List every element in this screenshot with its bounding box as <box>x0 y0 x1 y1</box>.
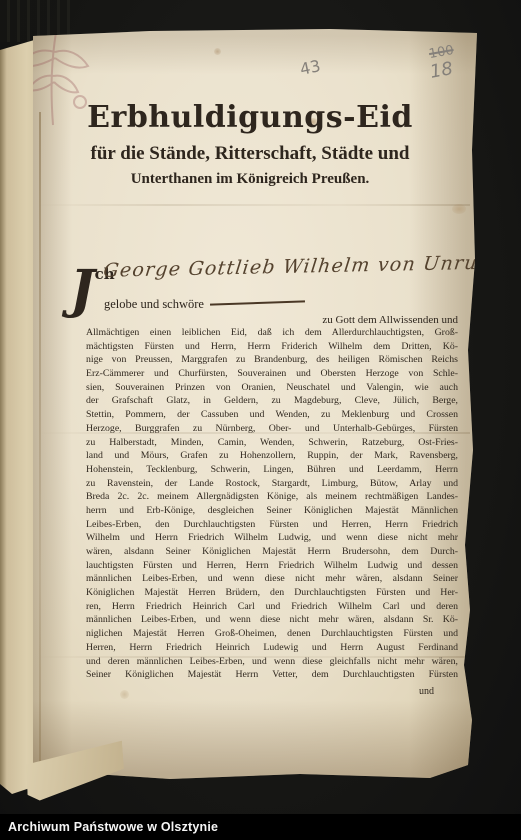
archive-caption-bar: Archiwum Państwowe w Olsztynie <box>0 814 521 840</box>
vow-line: gelobe und schwöre <box>104 297 305 312</box>
scanned-document-viewer: 43 100 18 Erbhuldigungs-Eid für die Stän… <box>0 0 521 840</box>
body-text-line: Herren, Herrn Friedrich Heinrich Ludewig… <box>86 641 458 655</box>
body-text-line: männlichen Leibes-Erben, und wenn diese … <box>86 572 458 586</box>
archive-name-label: Archiwum Państwowe w Olsztynie <box>8 814 521 840</box>
body-text-line: Hohenstein, Tecklenburg, Schwerin, Linge… <box>86 463 458 477</box>
body-text-line: Breda 2c. 2c. meinem Allergnädigsten Kön… <box>86 490 458 504</box>
body-text-line: männlichen Leibes-Erben, und wenn diese … <box>86 613 458 627</box>
document-title: Erbhuldigungs-Eid <box>50 100 450 135</box>
document-page: 43 100 18 Erbhuldigungs-Eid für die Stän… <box>0 0 521 840</box>
body-text-line: zu Halberstadt, Minden, Camin, Wenden, S… <box>86 436 458 450</box>
document-title-block: Erbhuldigungs-Eid für die Stände, Ritter… <box>50 100 450 188</box>
body-text-line: niglichen Majestät Herren Groß-Oheimen, … <box>86 627 458 641</box>
body-text-line: herrn und Erb-Könige, desgleichen Seiner… <box>86 504 458 518</box>
drop-cap-letter: J <box>70 259 95 320</box>
body-text-line: zu Ravenstein, der Lande Rostock, Starga… <box>86 477 458 491</box>
body-text-line: nige von Preussen, Marggrafen zu Branden… <box>86 353 458 367</box>
foxing-spot <box>452 204 466 214</box>
document-subtitle-line1: für die Stände, Ritterschaft, Städte und <box>50 143 450 165</box>
body-text-line: Erz-Cämmerer und Churfürsten, Souveraine… <box>86 367 458 381</box>
horizontal-crease <box>36 204 470 206</box>
catchword: und <box>86 686 434 697</box>
body-text-line: wären, alsdann Seiner Königlichen Majest… <box>86 545 458 559</box>
document-subtitle-line2: Unterthanen im Königreich Preußen. <box>50 171 450 188</box>
body-text-line: Wilhelm und Herrn Friedrich Wilhelm Ludw… <box>86 531 458 545</box>
body-text-line: und deren männlichen Leibes-Erben, und w… <box>86 655 458 669</box>
body-text-line: Königlichen Majestät Herren Brüdern, den… <box>86 586 458 600</box>
vertical-fold-crease <box>39 112 41 772</box>
body-text-line: der Grafschaft Glatz, in Geldern, zu Mag… <box>86 394 458 408</box>
body-text-line: sien, Souverainen Prinzen von Oranien, N… <box>86 381 458 395</box>
handwritten-dash <box>210 300 305 305</box>
vow-text: gelobe und schwöre <box>104 297 204 311</box>
body-text-line: Seiner Königlichen Majestät Herrn Vetter… <box>86 668 458 682</box>
body-text-line: Herzoge, Burggrafen zu Nürnberg, Ober- u… <box>86 422 458 436</box>
foxing-spot <box>214 48 221 55</box>
body-text-line: Stettin, Pommern, der Cassuben und Wende… <box>86 408 458 422</box>
pencil-folio-number: 18 <box>428 58 454 83</box>
body-text-line: Allmächtigen einen leiblichen Eid, daß i… <box>86 326 458 340</box>
body-text-line: mächtigsten Fürsten und Herrn, Herrn Fri… <box>86 340 458 354</box>
oath-body-text: Allmächtigen einen leiblichen Eid, daß i… <box>86 326 458 682</box>
body-text-line: lauchtigsten Fürsten und Herren, Herrn F… <box>86 559 458 573</box>
body-text-line: ren, Herrn Friedrich Heinrich Carl und F… <box>86 600 458 614</box>
body-text-line: land und Möurs, Grafen zu Hohenzollern, … <box>86 449 458 463</box>
body-text-line: Leibes-Erben, den Durchlauchtigsten Fürs… <box>86 518 458 532</box>
oath-opening-phrase: zu Gott dem Allwissenden und <box>86 314 458 326</box>
